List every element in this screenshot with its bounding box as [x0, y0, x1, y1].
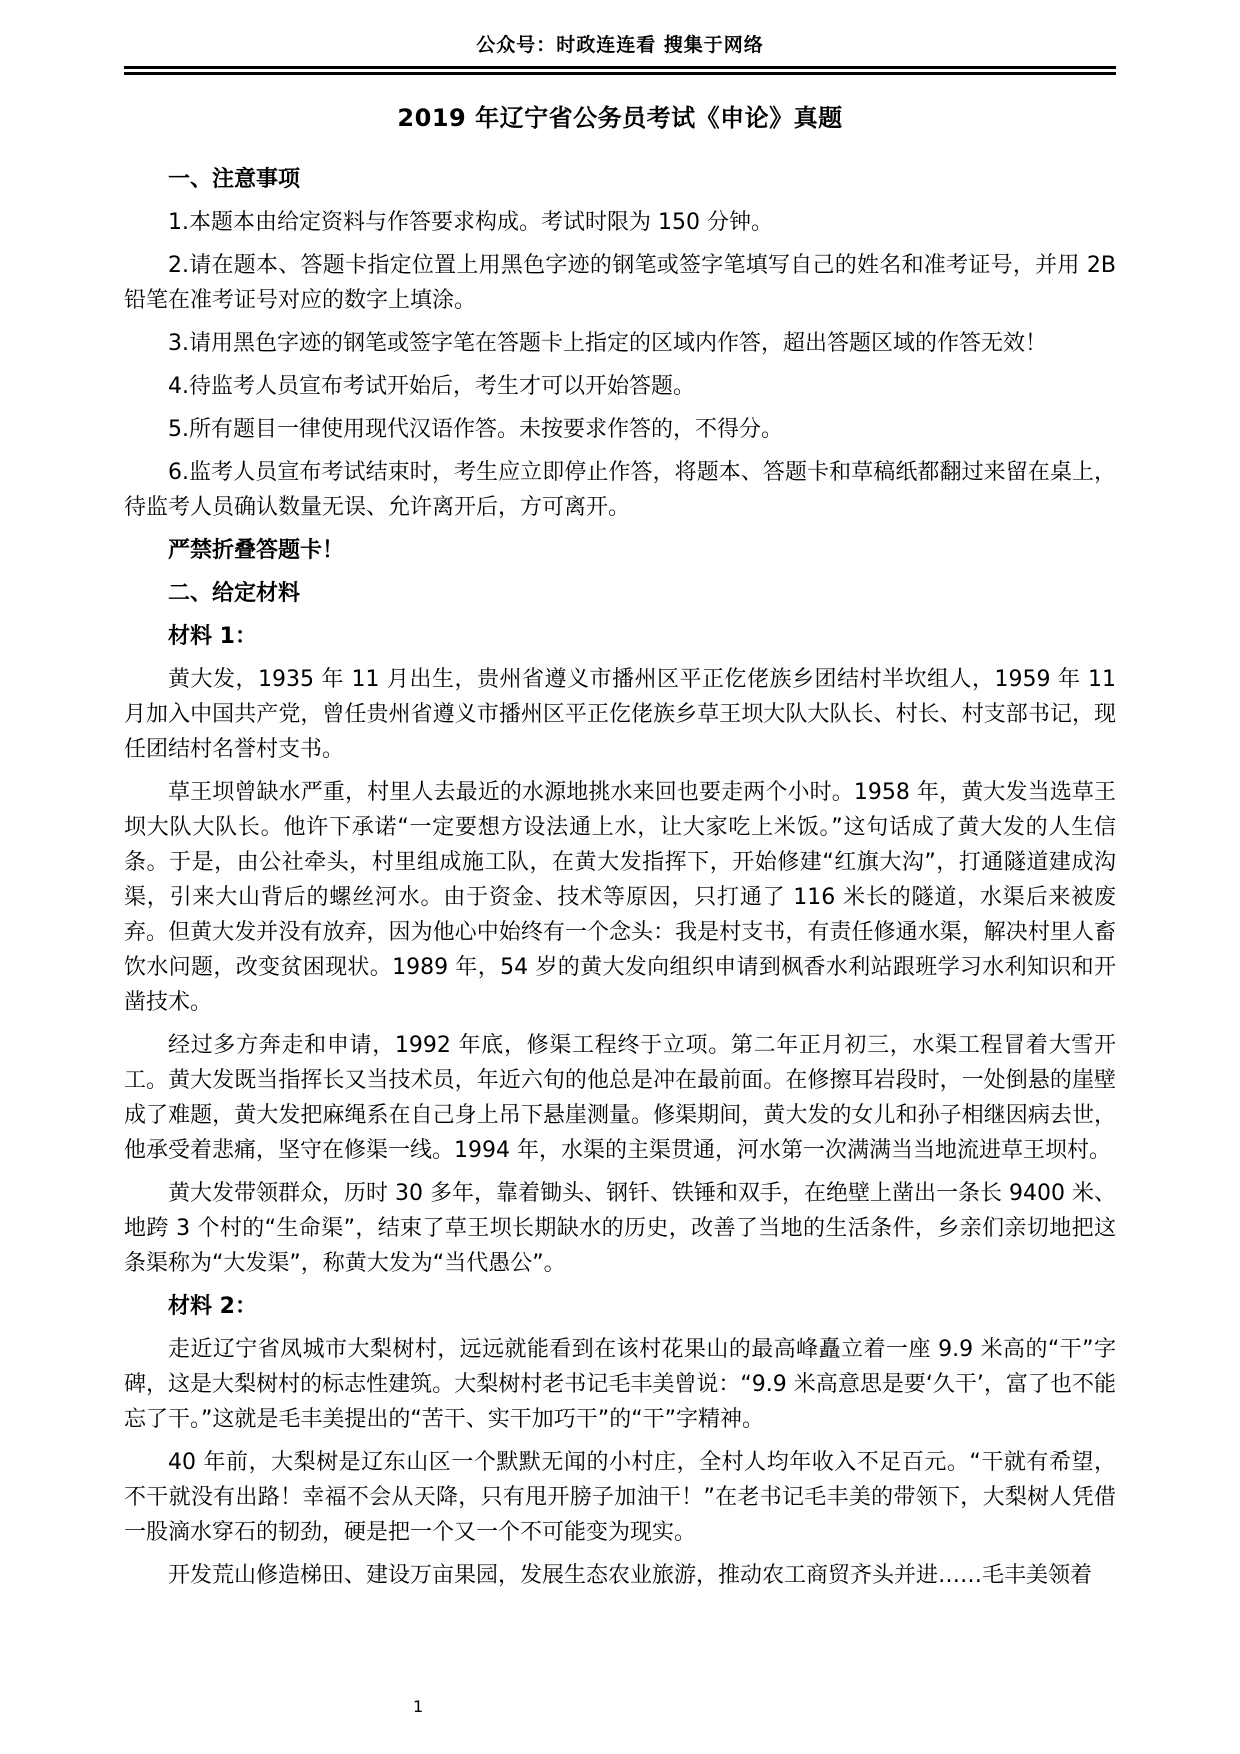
notice-item-4: 4.待监考人员宣布考试开始后，考生才可以开始答题。 — [124, 369, 1116, 404]
material-1-paragraph-3: 经过多方奔走和申请，1992 年底，修渠工程终于立项。第二年正月初三，水渠工程冒… — [124, 1028, 1116, 1168]
material-2-heading: 材料 2： — [124, 1289, 1116, 1324]
notice-item-3: 3.请用黑色字迹的钢笔或签字笔在答题卡上指定的区域内作答，超出答题区域的作答无效… — [124, 326, 1116, 361]
material-1-heading: 材料 1： — [124, 619, 1116, 654]
warning-line: 严禁折叠答题卡！ — [124, 533, 1116, 568]
material-2-paragraph-2: 40 年前，大梨树是辽东山区一个默默无闻的小村庄，全村人均年收入不足百元。“干就… — [124, 1445, 1116, 1550]
header-banner: 公众号：时政连连看 搜集于网络 — [124, 0, 1116, 57]
document-page: 公众号：时政连连看 搜集于网络 2019 年辽宁省公务员考试《申论》真题 一、注… — [0, 0, 1240, 1754]
material-1-paragraph-1: 黄大发，1935 年 11 月出生，贵州省遵义市播州区平正仡佬族乡团结村半坎组人… — [124, 662, 1116, 767]
header-double-rule — [124, 66, 1116, 75]
page-title: 2019 年辽宁省公务员考试《申论》真题 — [124, 100, 1116, 136]
materials-section-heading: 二、给定材料 — [124, 576, 1116, 611]
notice-item-5: 5.所有题目一律使用现代汉语作答。未按要求作答的，不得分。 — [124, 412, 1116, 447]
notice-section-heading: 一、注意事项 — [124, 162, 1116, 197]
material-1-paragraph-4: 黄大发带领群众，历时 30 多年，靠着锄头、钢钎、铁锤和双手，在绝壁上凿出一条长… — [124, 1176, 1116, 1281]
notice-item-1: 1.本题本由给定资料与作答要求构成。考试时限为 150 分钟。 — [124, 205, 1116, 240]
material-2-paragraph-1: 走近辽宁省凤城市大梨树村，远远就能看到在该村花果山的最高峰矗立着一座 9.9 米… — [124, 1332, 1116, 1437]
notice-item-2: 2.请在题本、答题卡指定位置上用黑色字迹的钢笔或签字笔填写自己的姓名和准考证号，… — [124, 248, 1116, 318]
material-1-paragraph-2: 草王坝曾缺水严重，村里人去最近的水源地挑水来回也要走两个小时。1958 年，黄大… — [124, 775, 1116, 1020]
page-number: 1 — [413, 1697, 423, 1717]
material-2-paragraph-3: 开发荒山修造梯田、建设万亩果园，发展生态农业旅游，推动农工商贸齐头并进……毛丰美… — [124, 1558, 1116, 1593]
notice-item-6: 6.监考人员宣布考试结束时，考生应立即停止作答，将题本、答题卡和草稿纸都翻过来留… — [124, 455, 1116, 525]
document-content: 公众号：时政连连看 搜集于网络 2019 年辽宁省公务员考试《申论》真题 一、注… — [124, 0, 1116, 1593]
